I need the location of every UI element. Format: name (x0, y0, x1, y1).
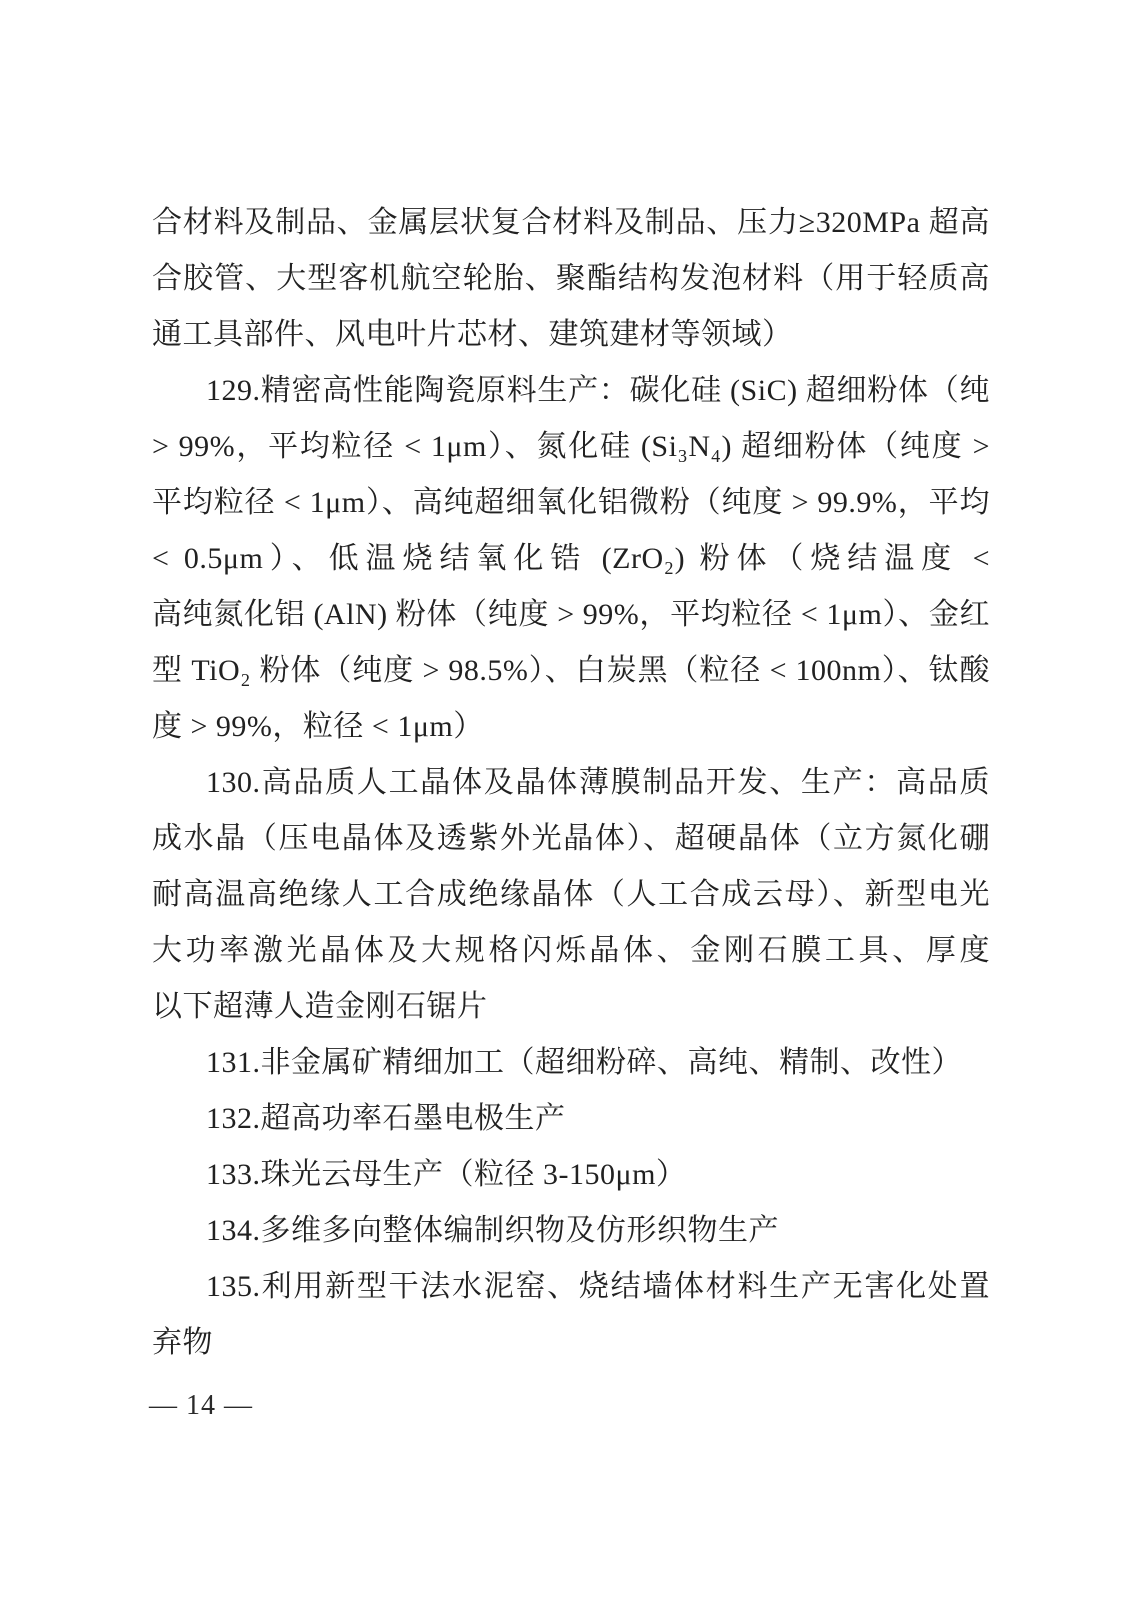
paragraph-item-133: 133.珠光云母生产（粒径 3-150μm） (152, 1147, 990, 1203)
text-line: 通工具部件、风电叶片芯材、建筑建材等领域） (152, 307, 990, 363)
paragraph-continuation: 合材料及制品、金属层状复合材料及制品、压力≥320MPa 超高压复 合胶管、大型… (152, 195, 990, 363)
paragraph-item-134: 134.多维多向整体编制织物及仿形织物生产 (152, 1203, 990, 1259)
page-number: — 14 — (149, 1390, 253, 1422)
document-body: 合材料及制品、金属层状复合材料及制品、压力≥320MPa 超高压复 合胶管、大型… (152, 195, 990, 1371)
text-line: 高纯氮化铝 (AlN) 粉体（纯度 > 99%，平均粒径 < 1μm）、金红石 (152, 587, 990, 643)
text-line: 132.超高功率石墨电极生产 (152, 1091, 990, 1147)
text-line: < 0.5μm）、低温烧结氧化锆 (ZrO₂) 粉体（烧结温度 < 1350℃）… (152, 531, 990, 587)
paragraph-item-135: 135.利用新型干法水泥窑、烧结墙体材料生产无害化处置固体废 弃物 (152, 1259, 990, 1371)
text-line: 129.精密高性能陶瓷原料生产：碳化硅 (SiC) 超细粉体（纯度 (152, 363, 990, 419)
text-line: 131.非金属矿精细加工（超细粉碎、高纯、精制、改性） (152, 1035, 990, 1091)
text-line: > 99%，平均粒径 < 1μm）、氮化硅 (Si₃N₄) 超细粉体（纯度 > … (152, 419, 990, 475)
paragraph-item-132: 132.超高功率石墨电极生产 (152, 1091, 990, 1147)
text-line: 型 TiO₂ 粉体（纯度 > 98.5%）、白炭黑（粒径 < 100nm）、钛酸… (152, 643, 990, 699)
text-line: 大功率激光晶体及大规格闪烁晶体、金刚石膜工具、厚度 0.3mm 及 (152, 923, 990, 979)
text-line: 133.珠光云母生产（粒径 3-150μm） (152, 1147, 990, 1203)
text-line: 135.利用新型干法水泥窑、烧结墙体材料生产无害化处置固体废 (152, 1259, 990, 1315)
text-line: 弃物 (152, 1315, 990, 1371)
text-line: 130.高品质人工晶体及晶体薄膜制品开发、生产：高品质人工合 (152, 755, 990, 811)
text-line: 耐高温高绝缘人工合成绝缘晶体（人工合成云母）、新型电光晶体、 (152, 867, 990, 923)
text-line: 134.多维多向整体编制织物及仿形织物生产 (152, 1203, 990, 1259)
text-line: 成水晶（压电晶体及透紫外光晶体）、超硬晶体（立方氮化硼晶体）、 (152, 811, 990, 867)
text-line: 平均粒径 < 1μm）、高纯超细氧化铝微粉（纯度 > 99.9%，平均粒径 (152, 475, 990, 531)
paragraph-item-131: 131.非金属矿精细加工（超细粉碎、高纯、精制、改性） (152, 1035, 990, 1091)
paragraph-item-130: 130.高品质人工晶体及晶体薄膜制品开发、生产：高品质人工合 成水晶（压电晶体及… (152, 755, 990, 1035)
text-line: 合胶管、大型客机航空轮胎、聚酯结构发泡材料（用于轻质高强交 (152, 251, 990, 307)
document-page: 合材料及制品、金属层状复合材料及制品、压力≥320MPa 超高压复 合胶管、大型… (0, 0, 1131, 1600)
text-line: 合材料及制品、金属层状复合材料及制品、压力≥320MPa 超高压复 (152, 195, 990, 251)
text-line: 以下超薄人造金刚石锯片 (152, 979, 990, 1035)
paragraph-item-129: 129.精密高性能陶瓷原料生产：碳化硅 (SiC) 超细粉体（纯度 > 99%，… (152, 363, 990, 755)
text-line: 度 > 99%，粒径 < 1μm） (152, 699, 990, 755)
